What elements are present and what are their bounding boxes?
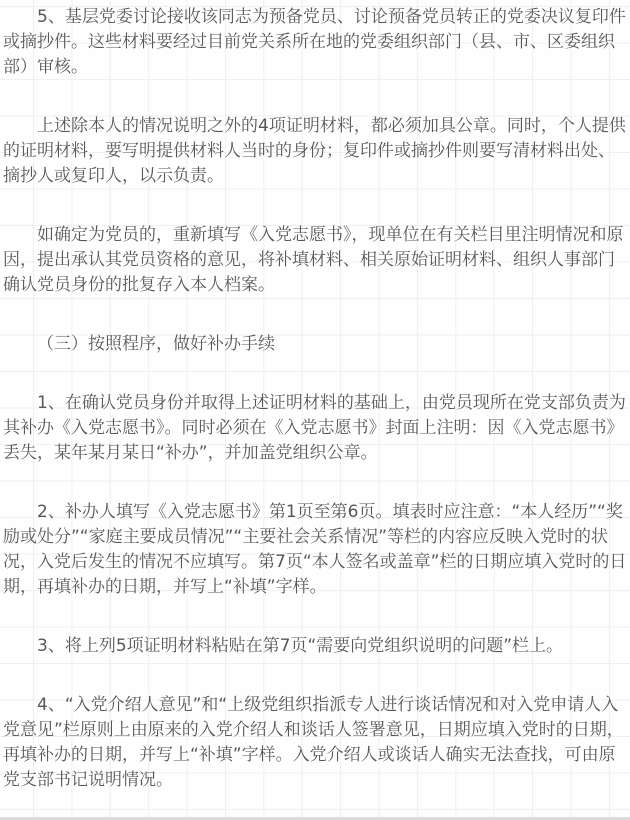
paragraph-step-4: 4、“入党介绍人意见”和“上级党组织指派专人进行谈话情况和对入党申请人入党意见”… [3,693,627,793]
paragraph-stamp-requirements: 上述除本人的情况说明之外的4项证明材料，都必须加具公章。同时，个人提供的证明材料… [3,114,627,189]
section-heading-procedures: （三）按照程序，做好补办手续 [3,332,627,357]
article-body: 5、基层党委讨论接收该同志为预备党员、讨论预备党员转正的党委决议复印件或摘抄件。… [0,0,630,793]
paragraph-step-1: 1、在确认党员身份并取得上述证明材料的基础上，由党员现所在党支部负责为其补办《入… [3,391,627,466]
paragraph-step-2: 2、补办人填写《入党志愿书》第1页至第6页。填表时应注意：“本人经历”“奖励或处… [3,500,627,600]
paragraph-item-5: 5、基层党委讨论接收该同志为预备党员、讨论预备党员转正的党委决议复印件或摘抄件。… [3,5,627,80]
paragraph-step-3: 3、将上列5项证明材料粘贴在第7页“需要向党组织说明的问题”栏上。 [3,634,627,659]
paragraph-confirm-membership: 如确定为党员的，重新填写《入党志愿书》，现单位在有关栏目里注明情况和原因，提出承… [3,223,627,298]
